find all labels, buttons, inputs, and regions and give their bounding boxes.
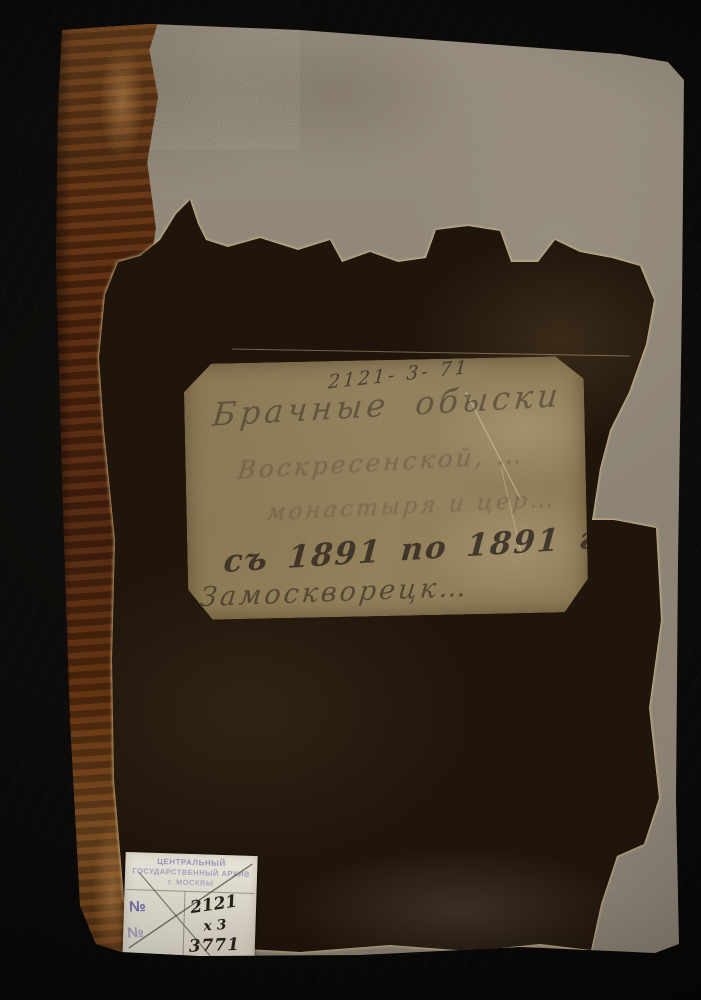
leather-marble-texture <box>0 0 300 150</box>
scratch-mark <box>232 349 630 357</box>
leather-speckle-texture <box>0 0 300 150</box>
photo-backdrop: 2121- 3- 71 Брачные обыски Воскресенской… <box>0 0 701 1000</box>
title-label: 2121- 3- 71 Брачные обыски Воскресенской… <box>183 356 588 620</box>
archive-stamp: ЦЕНТРАЛЬНЫЙ ГОСУДАРСТВЕННЫЙ АРХИВ г. МОС… <box>122 852 257 964</box>
book-cover: 2121- 3- 71 Брачные обыски Воскресенской… <box>0 0 701 1000</box>
label-years-line: съ 1891 по 1891 г. <box>222 519 613 580</box>
cancellation-cross <box>122 852 257 964</box>
leather-grain-texture <box>0 0 300 150</box>
leather-vein-texture <box>0 0 300 150</box>
